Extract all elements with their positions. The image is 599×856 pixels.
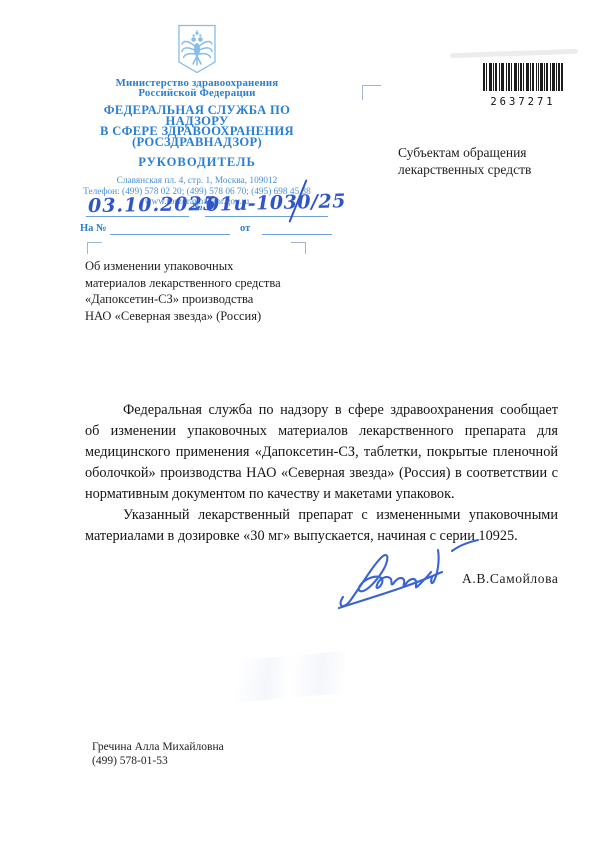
handwritten-outgoing-number: 01и-1030/25 [206,190,346,216]
executor-block: Гречина Алла Михайловна (499) 578-01-53 [92,741,224,768]
body-p1-line1: Федеральная служба по надзору в сфере зд… [85,400,558,421]
ink-bleed-ghost-mark [194,646,407,706]
body-p2-line1: Указанный лекарственный препарат с измен… [85,505,558,526]
reply-date-underline [262,234,332,235]
subject-zone-corner-left [87,242,102,254]
barcode-bars [483,63,563,91]
subject-block: Об изменении упаковочных материалов лека… [85,258,325,324]
number-sign: № [192,201,203,213]
ministry-line-2: Российской Федерации [77,88,317,98]
service-name-line-3: (РОСЗДРАВНАДЗОР) [77,137,317,148]
scanned-letter-page: Министерство здравоохранения Российской … [0,0,599,856]
addressee-line-1: Субъектам обращения [398,144,568,161]
signer-position-title: РУКОВОДИТЕЛЬ [77,155,317,170]
subject-line-4: НАО «Северная звезда» (Россия) [85,308,325,325]
reply-to-label: На № [80,223,107,234]
subject-line-2: материалов лекарственного средства [85,275,325,292]
subject-line-1: Об изменении упаковочных [85,258,325,275]
body-p1-line4: оболочкой» производства НАО «Северная зв… [85,463,558,484]
addressee-zone-corner-mark [362,85,381,100]
number-underline [205,216,328,217]
reply-from-label: от [240,223,250,234]
executor-phone: (499) 578-01-53 [92,755,224,769]
date-underline [86,216,189,217]
addressee-block: Субъектам обращения лекарственных средст… [398,144,568,178]
subject-zone-corner-right [291,242,306,254]
letterhead-address: Славянская пл. 4, стр. 1, Москва, 109012 [77,176,317,187]
subject-line-3: «Дапоксетин-СЗ» производства [85,291,325,308]
addressee-line-2: лекарственных средств [398,161,568,178]
barcode-number: 2637271 [482,96,564,108]
body-p1-line5: нормативным документом по качеству и мак… [85,484,558,505]
service-name-line-1: ФЕДЕРАЛЬНАЯ СЛУЖБА ПО НАДЗОРУ [77,105,317,126]
letterhead: Министерство здравоохранения Российской … [77,24,317,208]
reply-number-underline [110,234,230,235]
coat-of-arms-emblem [177,24,217,74]
registration-barcode: 2637271 [482,63,564,108]
body-p2-line2: материалами в дозировке «30 мг» выпускае… [85,526,558,547]
body-p1-line3: медицинского применения «Дапоксетин-СЗ, … [85,442,558,463]
scan-glare-strip [450,49,578,58]
executor-name: Гречина Алла Михайловна [92,741,224,755]
letter-body: Федеральная служба по надзору в сфере зд… [85,400,558,547]
body-p1-line2: об изменении упаковочных материалов лека… [85,421,558,442]
signer-name: А.В.Самойлова [462,571,559,587]
